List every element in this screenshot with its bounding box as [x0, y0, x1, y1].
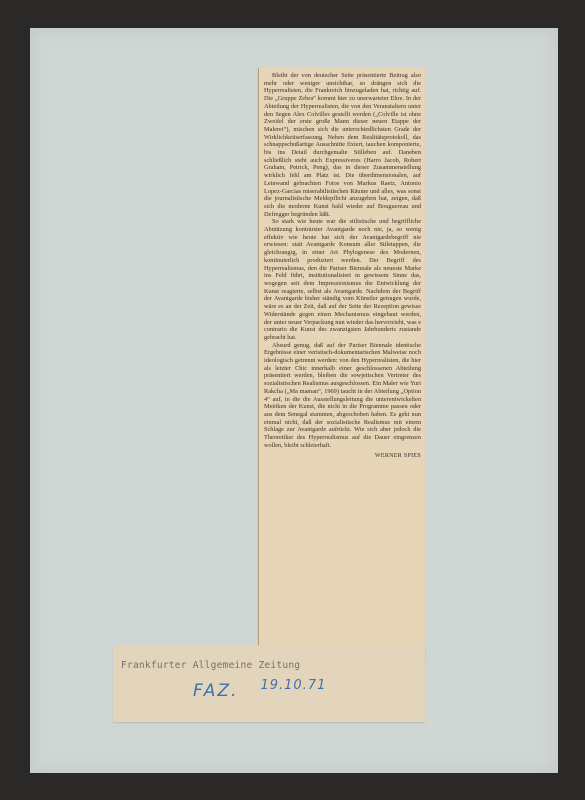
handwritten-annotation: FAZ.19.10.71: [193, 681, 326, 701]
article-paragraph: So stark wie heute war die stilistische …: [264, 218, 421, 341]
handwritten-date: 19.10.71: [260, 678, 326, 693]
source-label: Frankfurter Allgemeine Zeitung FAZ.19.10…: [113, 645, 425, 722]
article-byline: WERNER SPIES: [264, 453, 421, 461]
handwritten-source: FAZ.: [193, 681, 238, 701]
article-text: Bleibt der von deutscher Seite präsentie…: [264, 72, 421, 461]
article-paragraph: Absurd genug, daß auf der Pariser Bienna…: [264, 342, 421, 450]
newspaper-name: Frankfurter Allgemeine Zeitung: [121, 660, 300, 671]
article-paragraph: Bleibt der von deutscher Seite präsentie…: [264, 72, 421, 218]
newspaper-clipping: Bleibt der von deutscher Seite präsentie…: [258, 68, 425, 658]
